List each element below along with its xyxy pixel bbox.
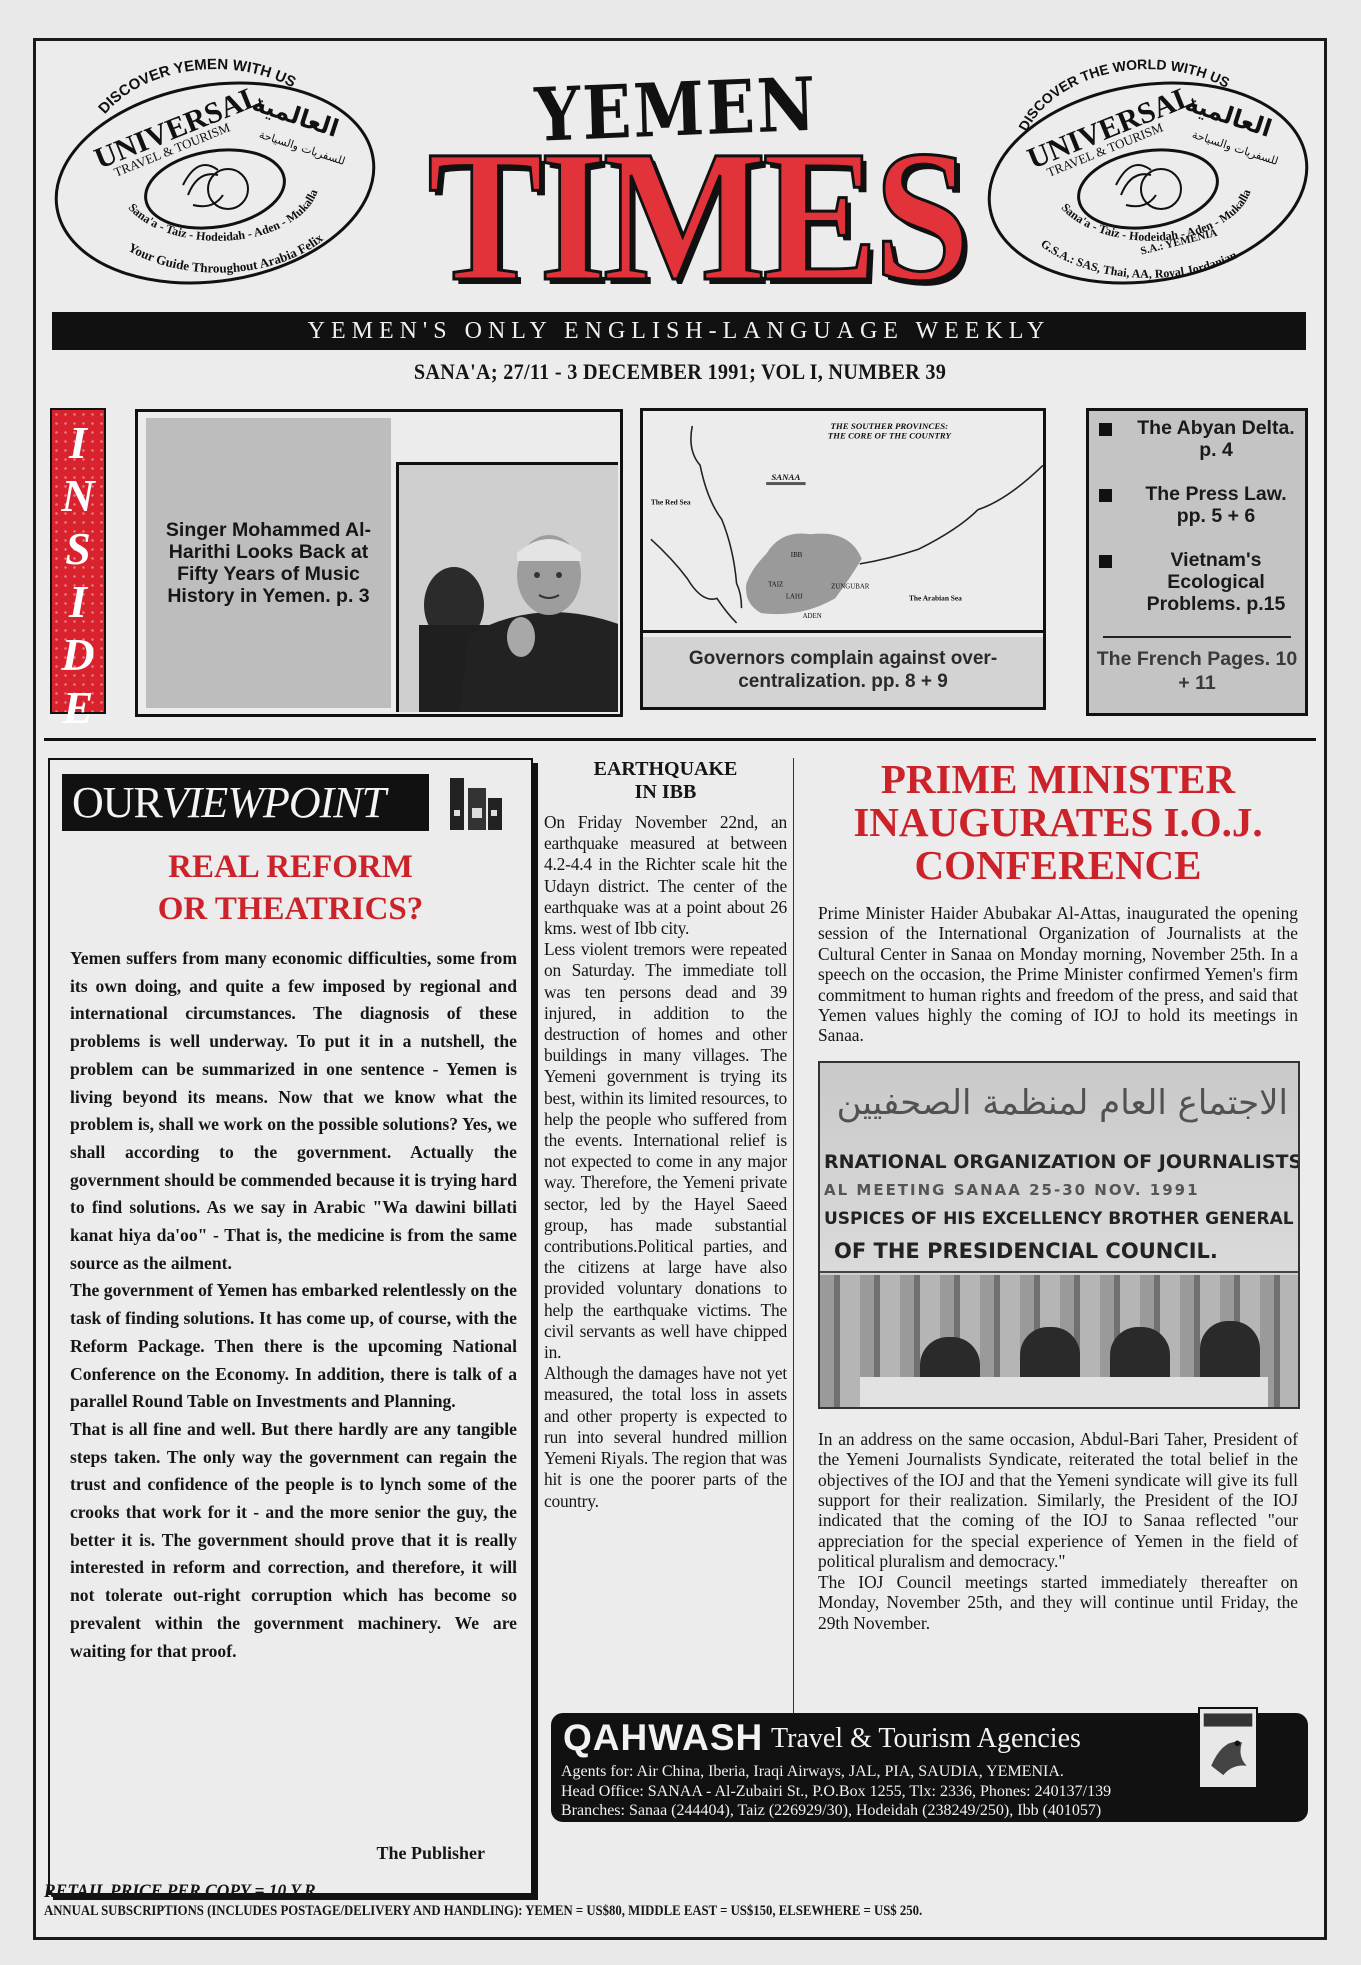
inside-letter: E [63,681,94,734]
paragraph: In an address on the same occasion, Abdu… [804,1429,1312,1572]
banner-line: USPICES OF HIS EXCELLENCY BROTHER GENERA… [824,1209,1300,1229]
section-divider [44,738,1316,741]
southern-provinces-map[interactable]: THE SOUTHER PROVINCES: THE CORE OF THE C… [640,408,1046,710]
editorial-signature: The Publisher [376,1843,485,1864]
headline-line: PRIME MINISTER [804,758,1312,801]
inside-letter: I [69,416,87,469]
column-divider [793,758,794,1718]
building-sketch-icon [440,770,506,834]
universal-travel-logo-icon: DISCOVER YEMEN WITH US UNIVERSAL TRAVEL … [48,55,383,287]
inside-letter: D [61,628,94,681]
index-item-french-pages[interactable]: The French Pages. 10 + 11 [1089,647,1305,695]
qahwash-head-office: Head Office: SANAA - Al-Zubairi St., P.O… [561,1783,1111,1801]
index-item-label: The Press Law. pp. 5 + 6 [1145,483,1286,527]
earthquake-body: On Friday November 22nd, an earthquake m… [544,812,787,1512]
earthquake-article: EARTHQUAKE IN IBB On Friday November 22n… [544,758,787,1512]
conference-photo: الاجتماع العام لمنظمة الصحفيين RNATIONAL… [818,1061,1300,1409]
singer-photo [396,462,618,712]
pm-iog-article: PRIME MINISTER INAUGURATES I.O.J. CONFER… [804,758,1312,1633]
logo-times-word: TIMES [428,131,925,301]
svg-text:IBB: IBB [791,552,803,559]
singer-portrait-icon [399,465,618,712]
inside-letter: N [61,469,94,522]
banner-line: OF THE PRESIDENCIAL COUNCIL. [834,1239,1218,1263]
paragraph: Yemen suffers from many economic difficu… [70,945,517,1277]
newspaper-front-page: DISCOVER YEMEN WITH US UNIVERSAL TRAVEL … [33,38,1327,1940]
viewpoint-header-our: OUR [72,778,162,827]
pm-headline: PRIME MINISTER INAUGURATES I.O.J. CONFER… [804,758,1312,887]
index-item-abyan[interactable]: The Abyan Delta. p. 4 [1089,417,1305,461]
square-bullet-icon [1099,555,1112,568]
universal-travel-ad-left[interactable]: DISCOVER YEMEN WITH US UNIVERSAL TRAVEL … [48,55,383,287]
map-graphic-icon: THE SOUTHER PROVINCES: THE CORE OF THE C… [643,411,1043,630]
stage-backdrop [820,1275,1298,1407]
paragraph: Although the damages have not yet measur… [544,1363,787,1511]
headline-line: EARTHQUAKE [544,758,787,781]
conference-banner: الاجتماع العام لمنظمة الصحفيين RNATIONAL… [820,1063,1298,1273]
inside-letter: S [65,522,91,575]
dateline: SANA'A; 27/11 - 3 DECEMBER 1991; VOL I, … [88,359,1273,385]
paragraph: The government of Yemen has embarked rel… [70,1277,517,1416]
subscription-rates: ANNUAL SUBSCRIPTIONS (INCLUDES POSTAGE/D… [44,1903,922,1920]
editorial-headline: REAL REFORM OR THEATRICS? [50,846,531,930]
qahwash-branches: Branches: Sanaa (244404), Taiz (226929/3… [561,1802,1101,1820]
headline-line: IN IBB [544,781,787,804]
singer-teaser-text: Singer Mohammed Al-Harithi Looks Back at… [146,418,391,708]
inside-banner: I N S I D E [50,408,106,714]
banner-line: AL MEETING SANAA 25-30 NOV. 1991 [824,1181,1200,1199]
paragraph: That is all fine and well. But there har… [70,1416,517,1665]
tagline-bar: YEMEN'S ONLY ENGLISH-LANGUAGE WEEKLY [52,312,1306,350]
viewpoint-header-view: VIEWPOINT [162,778,385,827]
index-item-label: Vietnam's Ecological Problems. p.15 [1147,549,1286,615]
index-item-vietnam[interactable]: Vietnam's Ecological Problems. p.15 [1089,549,1305,615]
banner-line: RNATIONAL ORGANIZATION OF JOURNALISTS [824,1151,1300,1173]
svg-text:LAHJ: LAHJ [786,593,803,600]
headline-line: INAUGURATES I.O.J. [804,801,1312,844]
svg-text:ADEN: ADEN [803,613,822,620]
pm-lead-paragraph: Prime Minister Haider Abubakar Al-Attas,… [804,903,1312,1046]
headline-line: OR THEATRICS? [50,888,531,930]
qahwash-subtitle: Travel & Tourism Agencies [771,1723,1081,1755]
universal-travel-logo-icon: DISCOVER THE WORLD WITH US UNIVERSAL TRA… [981,55,1316,287]
map-area: THE SOUTHER PROVINCES: THE CORE OF THE C… [643,411,1043,633]
map-caption: Governors complain against over-centrali… [643,637,1043,707]
svg-text:THE SOUTHER PROVINCES:: THE SOUTHER PROVINCES: [830,421,948,431]
qahwash-agents: Agents for: Air China, Iberia, Iraqi Air… [561,1763,1064,1781]
inside-index: The Abyan Delta. p. 4 The Press Law. pp.… [1086,408,1308,716]
svg-text:The Red Sea: The Red Sea [651,498,691,507]
divider [1103,636,1291,638]
retail-price: RETAIL PRICE PER COPY = 10 Y.R. [44,1881,320,1903]
table [860,1377,1268,1407]
paragraph: On Friday November 22nd, an earthquake m… [544,812,787,939]
arabic-banner-text: الاجتماع العام لمنظمة الصحفيين [837,1083,1288,1123]
bird-logo-icon [1198,1707,1258,1789]
universal-travel-ad-right[interactable]: DISCOVER THE WORLD WITH US UNIVERSAL TRA… [981,55,1316,287]
viewpoint-editorial: OURVIEWPOINT REAL REFORM OR THEATRICS? Y… [48,758,533,1895]
square-bullet-icon [1099,489,1112,502]
yemen-times-logo: YEMEN TIMES [406,69,946,304]
svg-text:THE CORE OF THE COUNTRY: THE CORE OF THE COUNTRY [828,431,953,441]
singer-teaser[interactable]: Singer Mohammed Al-Harithi Looks Back at… [135,409,623,717]
viewpoint-header: OURVIEWPOINT [62,774,429,831]
inside-letter: I [69,575,87,628]
qahwash-travel-ad[interactable]: QAHWASH Travel & Tourism Agencies Agents… [551,1713,1308,1822]
qahwash-name: QAHWASH [563,1717,763,1759]
index-item-press-law[interactable]: The Press Law. pp. 5 + 6 [1089,483,1305,527]
svg-text:SANAA: SANAA [771,472,800,482]
earthquake-headline: EARTHQUAKE IN IBB [544,758,787,804]
headline-line: CONFERENCE [804,844,1312,887]
svg-text:The Arabian Sea: The Arabian Sea [909,593,962,602]
square-bullet-icon [1099,423,1112,436]
headline-line: REAL REFORM [50,846,531,888]
inside-letters: I N S I D E [52,410,104,712]
svg-text:ZUNGUBAR: ZUNGUBAR [831,583,870,590]
paragraph: Less violent tremors were repeated on Sa… [544,939,787,1363]
editorial-body: Yemen suffers from many economic difficu… [70,945,517,1665]
svg-text:TAIZ: TAIZ [768,582,783,589]
index-item-label: The Abyan Delta. p. 4 [1137,417,1294,461]
paragraph: The IOJ Council meetings started immedia… [804,1572,1312,1633]
